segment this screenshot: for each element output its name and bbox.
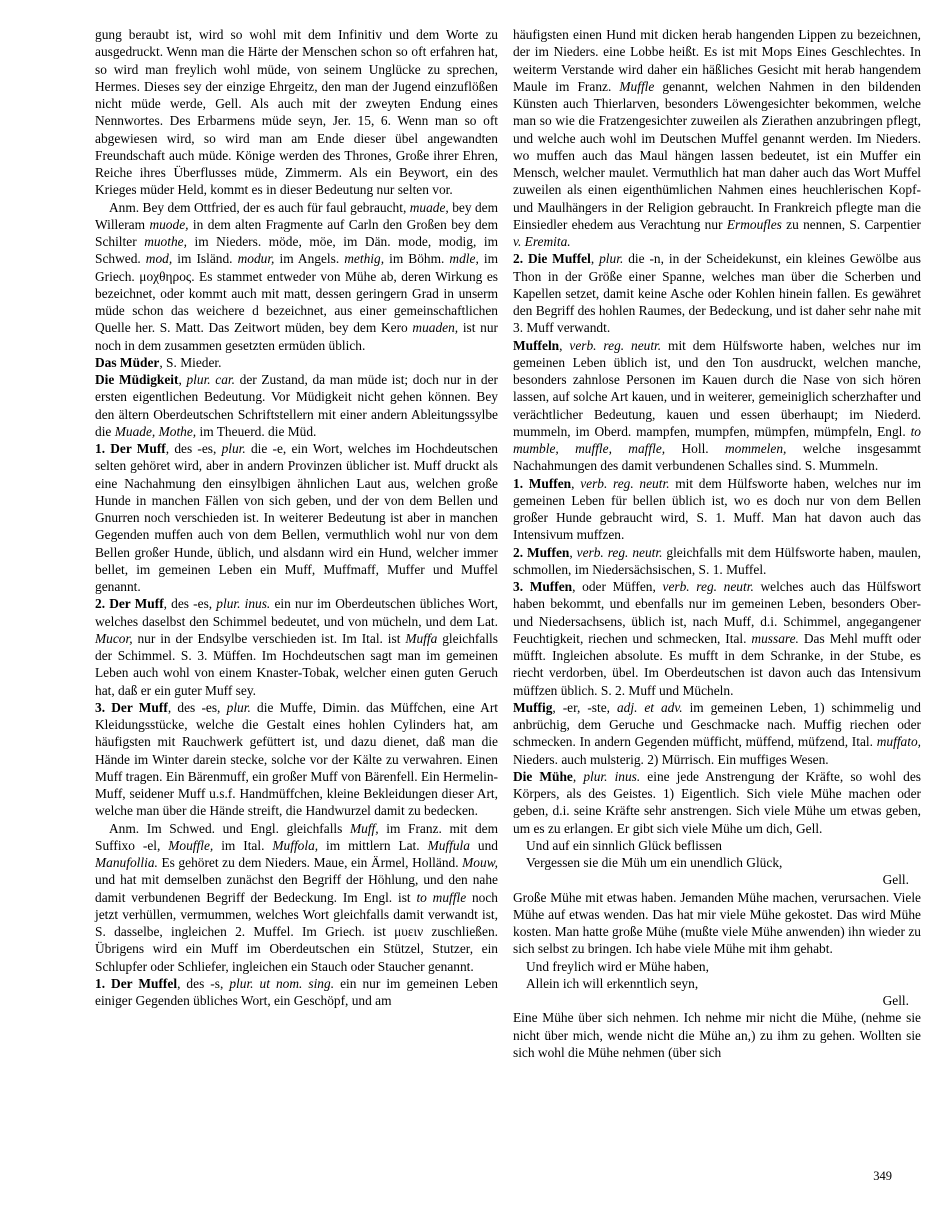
verse-line: Allein ich will erkenntlich seyn, bbox=[513, 975, 921, 992]
entry-die-muehe: Die Mühe, plur. inus. eine jede Anstreng… bbox=[513, 768, 921, 837]
verse-attribution: Gell. bbox=[513, 871, 921, 888]
entry-das-mueder: Das Müder, S. Mieder. bbox=[95, 354, 498, 371]
entry-der-muff-1: 1. Der Muff, des -es, plur. die -e, ein … bbox=[95, 440, 498, 595]
column-left: gung beraubt ist, wird so wohl mit dem I… bbox=[95, 26, 498, 1009]
entry-der-muff-3: 3. Der Muff, des -es, plur. die Muffe, D… bbox=[95, 699, 498, 820]
entry-muffen-3: 3. Muffen, oder Müffen, verb. reg. neutr… bbox=[513, 578, 921, 699]
entry-die-muffel-2: 2. Die Muffel, plur. die -n, in der Sche… bbox=[513, 250, 921, 336]
verse-attribution: Gell. bbox=[513, 992, 921, 1009]
entry-die-muehe-continuation: Große Mühe mit etwas haben. Jemanden Müh… bbox=[513, 889, 921, 958]
dictionary-page: gung beraubt ist, wird so wohl mit dem I… bbox=[0, 0, 935, 1210]
verse-line: Und freylich wird er Mühe haben, bbox=[513, 958, 921, 975]
entry-muede-continuation: gung beraubt ist, wird so wohl mit dem I… bbox=[95, 26, 498, 199]
anm-muede: Anm. Bey dem Ottfried, der es auch für f… bbox=[95, 199, 498, 354]
entry-muffig: Muffig, -er, -ste, adj. et adv. im gemei… bbox=[513, 699, 921, 768]
entry-die-muedigkeit: Die Müdigkeit, plur. car. der Zustand, d… bbox=[95, 371, 498, 440]
page-number: 349 bbox=[873, 1169, 892, 1184]
anm-muff: Anm. Im Schwed. und Engl. gleichfalls Mu… bbox=[95, 820, 498, 975]
entry-der-muffel-1: 1. Der Muffel, des -s, plur. ut nom. sin… bbox=[95, 975, 498, 1010]
verse-line: Und auf ein sinnlich Glück beflissen bbox=[513, 837, 921, 854]
entry-die-muehe-continuation-2: Eine Mühe über sich nehmen. Ich nehme mi… bbox=[513, 1009, 921, 1061]
entry-muffen-1: 1. Muffen, verb. reg. neutr. mit dem Hül… bbox=[513, 475, 921, 544]
entry-der-muff-2: 2. Der Muff, des -es, plur. inus. ein nu… bbox=[95, 595, 498, 699]
entry-der-muffel-1-continuation: häufigsten einen Hund mit dicken herab h… bbox=[513, 26, 921, 250]
entry-muffeln: Muffeln, verb. reg. neutr. mit dem Hülfs… bbox=[513, 337, 921, 475]
column-right: häufigsten einen Hund mit dicken herab h… bbox=[513, 26, 921, 1061]
entry-muffen-2: 2. Muffen, verb. reg. neutr. gleichfalls… bbox=[513, 544, 921, 579]
verse-line: Vergessen sie die Müh um ein unendlich G… bbox=[513, 854, 921, 871]
